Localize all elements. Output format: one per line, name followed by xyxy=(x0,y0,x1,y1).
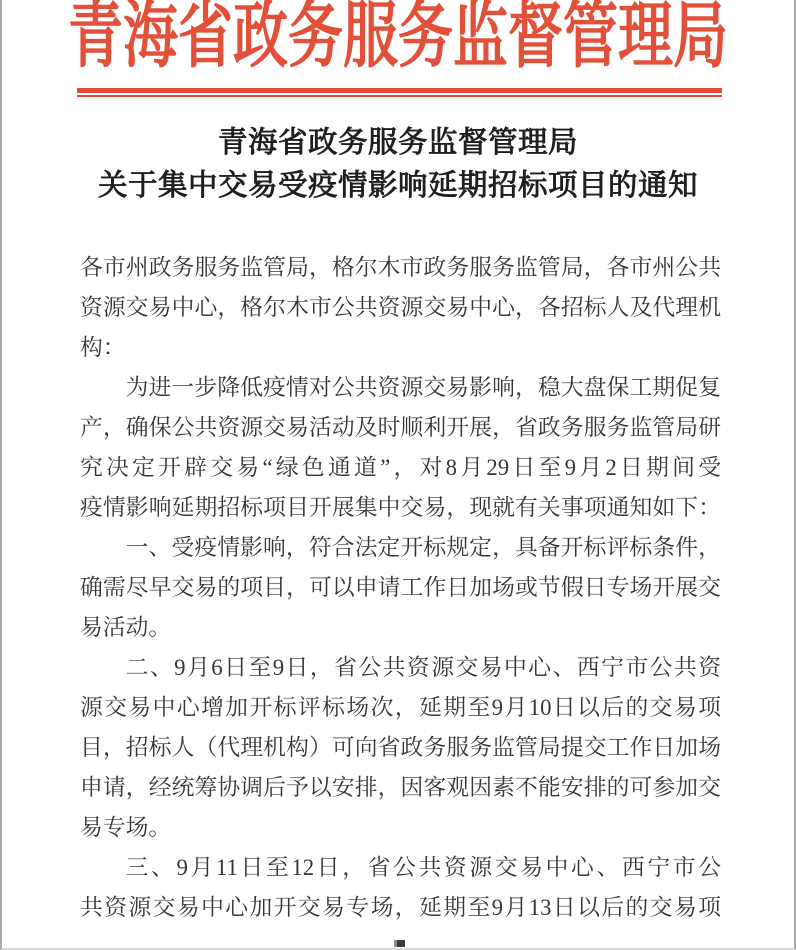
paragraph: 二、9月6日至9日，省公共资源交易中心、西宁市公共资源交易中心增加开标评标场次，… xyxy=(80,648,721,848)
document-body: 各市州政务服务监管局，格尔木市政务服务监管局，各市州公共资源交易中心，格尔木市公… xyxy=(80,248,721,928)
text-line: 源交易中心增加开标评标场次，延期至9月10日以后的交易项 xyxy=(80,688,721,728)
text-line: 疫情影响延期招标项目开展集中交易，现就有关事项通知如下： xyxy=(80,488,721,528)
document-page: 青海省政务服务监督管理局 青海省政务服务监督管理局 关于集中交易受疫情影响延期招… xyxy=(0,0,796,950)
text-line: 构： xyxy=(80,328,721,368)
paragraph: 三、9月11日至12日，省公共资源交易中心、西宁市公共资源交易中心加开交易专场，… xyxy=(80,848,721,928)
document-title: 青海省政务服务监督管理局 关于集中交易受疫情影响延期招标项目的通知 xyxy=(2,122,794,208)
text-line: 三、9月11日至12日，省公共资源交易中心、西宁市公 xyxy=(80,848,721,888)
text-line: 易专场。 xyxy=(80,808,721,848)
text-line: 究决定开辟交易“绿色通道”，对8月29日至9月2日期间受 xyxy=(80,448,721,488)
text-line: 各市州政务服务监管局，格尔木市政务服务监管局，各市州公共 xyxy=(80,248,721,288)
text-line: 确需尽早交易的项目，可以申请工作日加场或节假日专场开展交 xyxy=(80,568,721,608)
text-line: 二、9月6日至9日，省公共资源交易中心、西宁市公共资 xyxy=(80,648,721,688)
paragraph: 为进一步降低疫情对公共资源交易影响，稳大盘保工期促复产，确保公共资源交易活动及时… xyxy=(80,368,721,528)
text-line: 产，确保公共资源交易活动及时顺利开展，省政务服务监管局研 xyxy=(80,408,721,448)
red-divider-rule xyxy=(77,88,722,97)
text-line: 共资源交易中心加开交易专场，延期至9月13日以后的交易项 xyxy=(80,888,721,928)
text-line: 目，招标人（代理机构）可向省政务服务监管局提交工作日加场 xyxy=(80,728,721,768)
text-line: 申请，经统筹协调后予以安排，因客观因素不能安排的可参加交 xyxy=(80,768,721,808)
paragraph: 各市州政务服务监管局，格尔木市政务服务监管局，各市州公共资源交易中心，格尔木市公… xyxy=(80,248,721,368)
text-line: 一、受疫情影响，符合法定开标规定，具备开标评标条件， xyxy=(80,528,721,568)
paragraph: 一、受疫情影响，符合法定开标规定，具备开标评标条件，确需尽早交易的项目，可以申请… xyxy=(80,528,721,648)
document-title-line-2: 关于集中交易受疫情影响延期招标项目的通知 xyxy=(2,165,794,208)
document-title-line-1: 青海省政务服务监督管理局 xyxy=(2,122,794,165)
text-line: 资源交易中心，格尔木市公共资源交易中心，各招标人及代理机 xyxy=(80,288,721,328)
text-line: 为进一步降低疫情对公共资源交易影响，稳大盘保工期促复 xyxy=(80,368,721,408)
scan-artifact xyxy=(394,940,405,947)
text-line: 易活动。 xyxy=(80,608,721,648)
